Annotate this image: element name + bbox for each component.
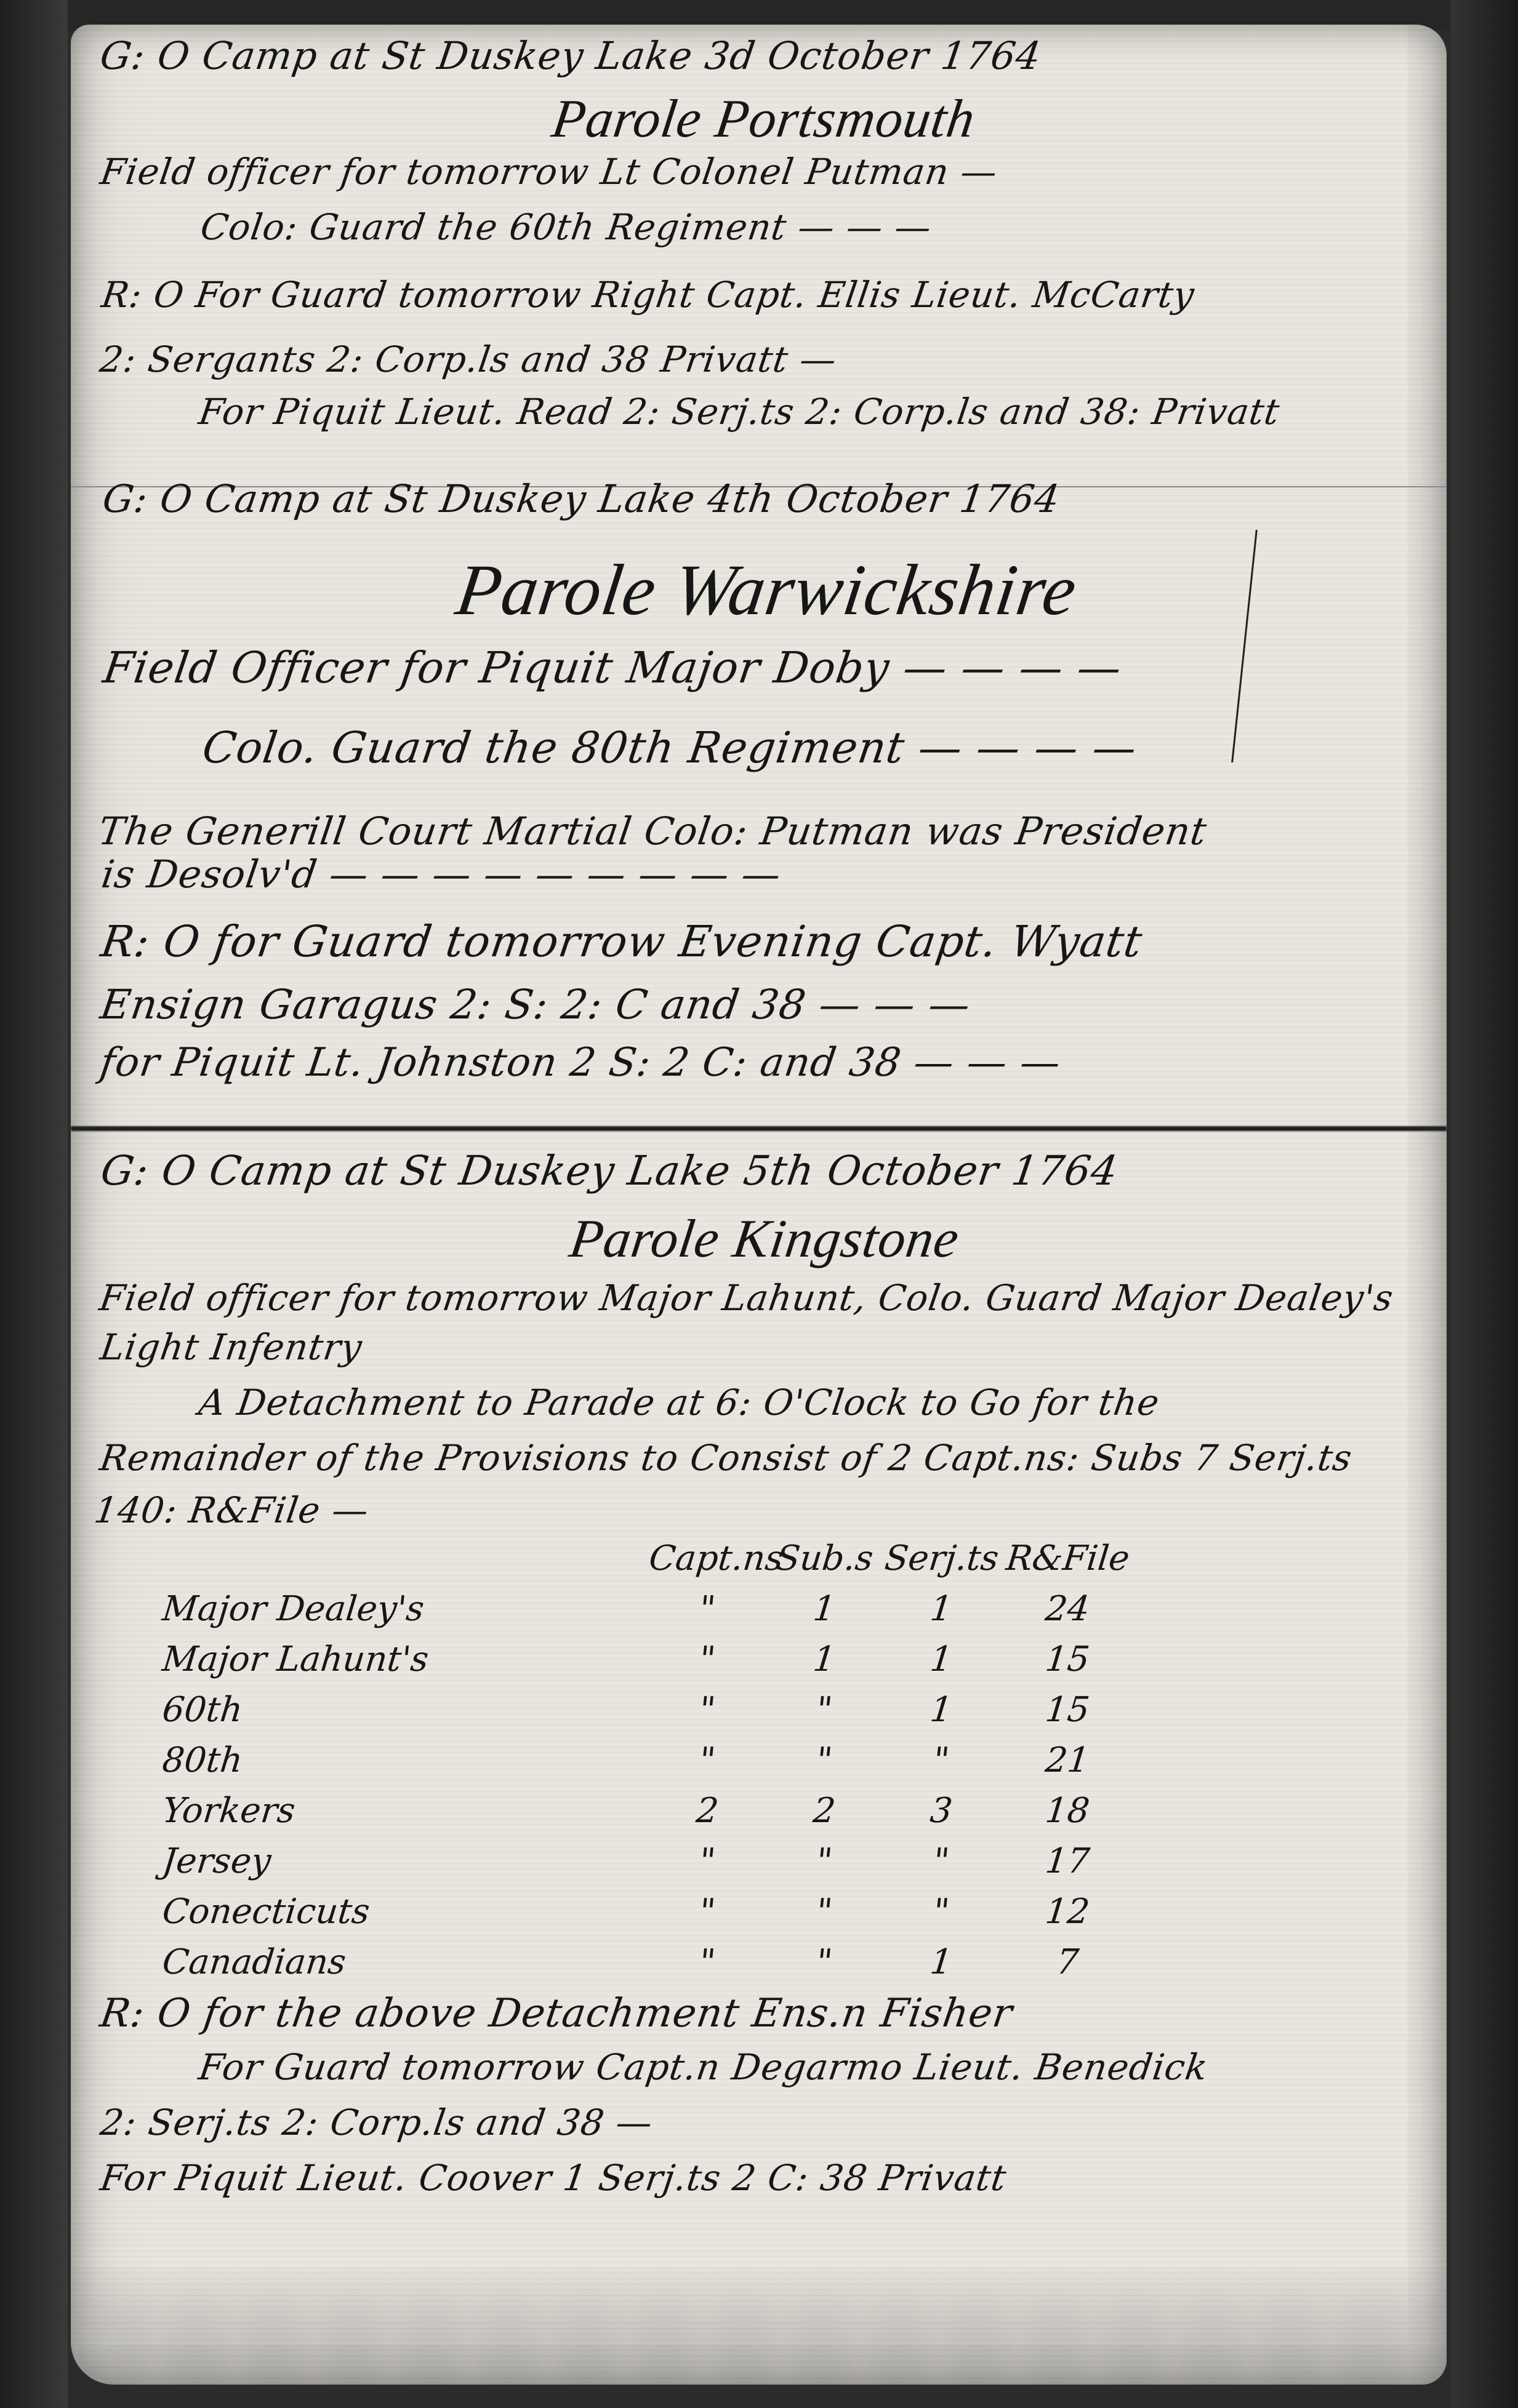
entry-line: For Piquit Lieut. Read 2: Serj.ts 2: Cor…: [95, 394, 1430, 449]
captains-count: 2: [647, 1791, 768, 1831]
entry-line: Field officer for tomorrow Major Lahunt,…: [95, 1280, 1429, 1329]
unit-name: Major Dealey's: [93, 1589, 651, 1629]
serjeants-count: 1: [881, 1690, 1002, 1730]
entry-line: Colo: Guard the 60th Regiment — — —: [95, 209, 1431, 277]
entry-line: for Piquit Lt. Johnston 2 S: 2 C: and 38…: [95, 1043, 1430, 1098]
subalterns-count: ": [764, 1740, 885, 1780]
serjeants-count: 1: [881, 1942, 1002, 1982]
parole-word: Parole Kingstone: [95, 1212, 1431, 1280]
entry-header: G: O Camp at St Duskey Lake 4th October …: [95, 480, 1432, 554]
subalterns-count: ": [764, 1690, 885, 1730]
entry-line: R: O for the above Detachment Ens.n Fish…: [95, 1994, 1430, 2049]
subalterns-count: ": [764, 1942, 885, 1982]
regimental-orders-oct-5: R: O for the above Detachment Ens.n Fish…: [95, 1994, 1422, 2215]
rank-file-count: 24: [998, 1589, 1138, 1629]
table-row: Jersey " " " 17: [93, 1831, 1425, 1881]
photo-backdrop-right: [1450, 0, 1518, 2408]
entry-line: R: O for Guard tomorrow Evening Capt. Wy…: [95, 920, 1431, 985]
order-entry-oct-4: G: O Camp at St Duskey Lake 4th October …: [95, 480, 1422, 1098]
unit-name: Yorkers: [93, 1791, 651, 1831]
serjeants-count: ": [881, 1892, 1002, 1932]
entry-header: G: O Camp at St Duskey Lake 5th October …: [95, 1151, 1431, 1212]
rank-file-count: 18: [998, 1791, 1138, 1831]
table-row: Canadians " " 1 7: [93, 1932, 1425, 1982]
rank-file-count: 15: [998, 1690, 1138, 1730]
entry-line: is Desolv'd — — — — — — — — —: [95, 855, 1431, 920]
captains-count: ": [647, 1892, 768, 1932]
column-header-rank-file: R&File: [998, 1538, 1138, 1578]
manuscript-page: G: O Camp at St Duskey Lake 3d October 1…: [71, 25, 1447, 2385]
column-header-subalterns: Sub.s: [764, 1538, 885, 1578]
subalterns-count: ": [764, 1892, 885, 1932]
entry-line: Remainder of the Provisions to Consist o…: [95, 1440, 1429, 1492]
entry-line: Colo. Guard the 80th Regiment — — — —: [95, 726, 1434, 812]
table-row: Major Dealey's " 1 1 24: [93, 1578, 1425, 1629]
photo-backdrop-left: [0, 0, 68, 2408]
captains-count: ": [647, 1639, 768, 1679]
serjeants-count: ": [881, 1740, 1002, 1780]
entry-line: Field officer for tomorrow Lt Colonel Pu…: [95, 154, 1430, 209]
entry-line: 140: R&File —: [95, 1492, 1424, 1505]
column-header-captains: Capt.ns: [647, 1538, 768, 1578]
subalterns-count: 1: [764, 1589, 885, 1629]
entry-line: The Generill Court Martial Colo: Putman …: [95, 812, 1428, 855]
captains-count: ": [647, 1841, 768, 1881]
unit-name: 60th: [93, 1690, 651, 1730]
entry-line: R: O For Guard tomorrow Right Capt. Elli…: [95, 277, 1431, 342]
table-row: 60th " " 1 15: [93, 1679, 1425, 1730]
column-header-serjeants: Serj.ts: [881, 1538, 1002, 1578]
captains-count: ": [647, 1942, 768, 1982]
entry-line: Ensign Garagus 2: S: 2: C and 38 — — —: [95, 985, 1430, 1043]
subalterns-count: 1: [764, 1639, 885, 1679]
entry-line: For Piquit Lieut. Coover 1 Serj.ts 2 C: …: [95, 2160, 1430, 2215]
rank-file-count: 21: [998, 1740, 1138, 1780]
order-entry-oct-5: G: O Camp at St Duskey Lake 5th October …: [95, 1151, 1422, 1505]
entry-line: For Guard tomorrow Capt.n Degarmo Lieut.…: [95, 2049, 1430, 2105]
serjeants-count: 3: [881, 1791, 1002, 1831]
unit-name: 80th: [93, 1740, 651, 1780]
entry-line: A Detachment to Parade at 6: O'Clock to …: [95, 1385, 1430, 1440]
order-entry-oct-3: G: O Camp at St Duskey Lake 3d October 1…: [95, 37, 1422, 449]
table-row: Yorkers 2 2 3 18: [93, 1780, 1425, 1831]
rank-file-count: 7: [998, 1942, 1138, 1982]
serjeants-count: 1: [881, 1589, 1002, 1629]
rank-file-count: 15: [998, 1639, 1138, 1679]
entry-line: 2: Sergants 2: Corp.ls and 38 Privatt —: [95, 342, 1429, 394]
entry-line: 2: Serj.ts 2: Corp.ls and 38 —: [95, 2105, 1430, 2160]
unit-name: Conecticuts: [93, 1892, 651, 1932]
detachment-table: Capt.ns Sub.s Serj.ts R&File Major Deale…: [95, 1535, 1422, 1982]
page-fold-crease: [71, 1126, 1447, 1131]
serjeants-count: ": [881, 1841, 1002, 1881]
table-header-row: Capt.ns Sub.s Serj.ts R&File: [93, 1535, 1424, 1578]
rank-file-count: 17: [998, 1841, 1138, 1881]
unit-name: Major Lahunt's: [93, 1639, 651, 1679]
entry-line: Light Infentry: [95, 1329, 1430, 1385]
unit-name: Canadians: [93, 1942, 651, 1982]
captains-count: ": [647, 1740, 768, 1780]
serjeants-count: 1: [881, 1639, 1002, 1679]
entry-line: Field Officer for Piquit Major Doby — — …: [95, 646, 1433, 726]
unit-name: Jersey: [93, 1841, 651, 1881]
captains-count: ": [647, 1690, 768, 1730]
rank-file-count: 12: [998, 1892, 1138, 1932]
table-row: Conecticuts " " " 12: [93, 1881, 1425, 1932]
parole-word: Parole Portsmouth: [95, 92, 1431, 154]
entry-header: G: O Camp at St Duskey Lake 3d October 1…: [95, 37, 1430, 92]
subalterns-count: 2: [764, 1791, 885, 1831]
table-row: 80th " " " 21: [93, 1730, 1425, 1780]
table-row: Major Lahunt's " 1 1 15: [93, 1629, 1425, 1679]
captains-count: ": [647, 1589, 768, 1629]
subalterns-count: ": [764, 1841, 885, 1881]
parole-word: Parole Warwickshire: [95, 554, 1435, 646]
